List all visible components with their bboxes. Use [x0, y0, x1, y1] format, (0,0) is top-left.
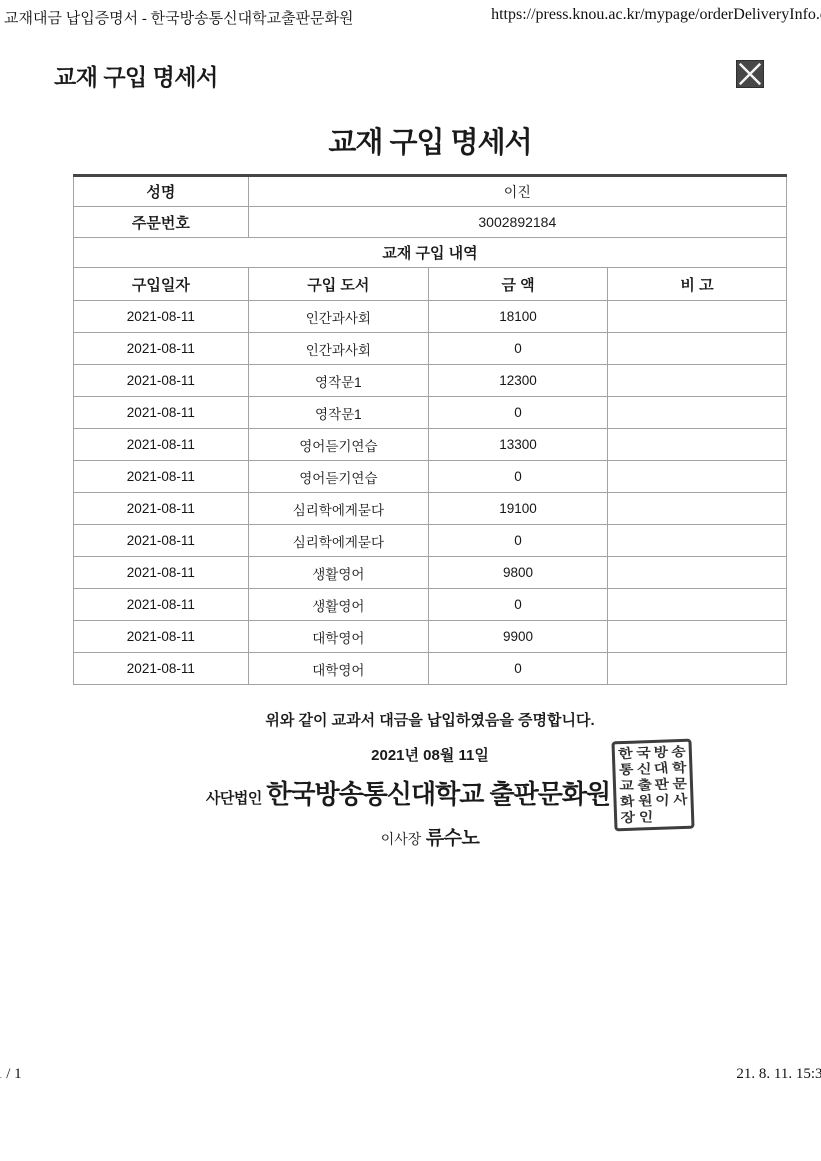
cell-amount: 9900 [429, 621, 608, 653]
signer-title: 이사장 [381, 831, 422, 847]
purchase-table: 성명 이진 주문번호 3002892184 교재 구입 내역 구입일자 구입 도… [73, 174, 787, 685]
certification-text: 위와 같이 교과서 대금을 납입하였음을 증명합니다. [73, 709, 787, 730]
cell-book-title: 대학영어 [248, 621, 428, 653]
cell-amount: 0 [429, 397, 608, 429]
column-header-row: 구입일자 구입 도서 금 액 비 고 [74, 268, 787, 301]
cell-note [608, 397, 787, 429]
cell-purchase-date: 2021-08-11 [74, 429, 249, 461]
order-number-row: 주문번호 3002892184 [74, 207, 787, 238]
column-header-book: 구입 도서 [248, 268, 428, 301]
seal-characters: 한국방송통신대학교출판문화원이사장인 [617, 744, 690, 826]
cell-book-title: 심리학에게묻다 [248, 525, 428, 557]
cell-book-title: 영작문1 [248, 365, 428, 397]
table-row: 2021-08-11 심리학에게묻다 0 [74, 525, 787, 557]
order-number-value: 3002892184 [248, 207, 786, 238]
cell-amount: 13300 [429, 429, 608, 461]
cell-book-title: 인간과사회 [248, 333, 428, 365]
table-row: 2021-08-11 영작문1 0 [74, 397, 787, 429]
table-row: 2021-08-11 대학영어 0 [74, 653, 787, 685]
cell-book-title: 인간과사회 [248, 301, 428, 333]
table-row: 2021-08-11 생활영어 0 [74, 589, 787, 621]
cell-purchase-date: 2021-08-11 [74, 493, 249, 525]
cell-note [608, 301, 787, 333]
organization-type: 사단법인 [206, 790, 262, 807]
cell-amount: 18100 [429, 301, 608, 333]
name-label: 성명 [74, 176, 249, 207]
section-title: 교재 구입 내역 [74, 238, 787, 268]
table-row: 2021-08-11 심리학에게묻다 19100 [74, 493, 787, 525]
column-header-note: 비 고 [608, 268, 787, 301]
cell-book-title: 영어듣기연습 [248, 461, 428, 493]
table-row: 2021-08-11 영어듣기연습 0 [74, 461, 787, 493]
cell-amount: 19100 [429, 493, 608, 525]
official-seal-stamp: 한국방송통신대학교출판문화원이사장인 [611, 739, 694, 832]
cell-book-title: 생활영어 [248, 557, 428, 589]
cell-purchase-date: 2021-08-11 [74, 333, 249, 365]
close-icon[interactable] [736, 60, 764, 88]
cell-note [608, 653, 787, 685]
cell-amount: 0 [429, 333, 608, 365]
cell-purchase-date: 2021-08-11 [74, 653, 249, 685]
cell-note [608, 557, 787, 589]
cell-book-title: 영작문1 [248, 397, 428, 429]
cell-purchase-date: 2021-08-11 [74, 525, 249, 557]
cell-book-title: 심리학에게묻다 [248, 493, 428, 525]
cell-book-title: 대학영어 [248, 653, 428, 685]
cell-purchase-date: 2021-08-11 [74, 365, 249, 397]
cell-note [608, 589, 787, 621]
column-header-amount: 금 액 [429, 268, 608, 301]
cell-note [608, 621, 787, 653]
table-row: 2021-08-11 인간과사회 18100 [74, 301, 787, 333]
cell-note [608, 429, 787, 461]
cell-purchase-date: 2021-08-11 [74, 621, 249, 653]
cell-purchase-date: 2021-08-11 [74, 589, 249, 621]
cell-amount: 0 [429, 653, 608, 685]
cell-amount: 0 [429, 525, 608, 557]
organization-name: 한국방송통신대학교 출판문화원 [266, 779, 610, 809]
print-footer-timestamp: 21. 8. 11. 15:34 [736, 1066, 821, 1083]
print-footer-page-number: 1 / 1 [0, 1066, 22, 1083]
cell-amount: 12300 [429, 365, 608, 397]
table-row: 2021-08-11 생활영어 9800 [74, 557, 787, 589]
table-body: 성명 이진 주문번호 3002892184 교재 구입 내역 구입일자 구입 도… [74, 176, 787, 685]
order-number-label: 주문번호 [74, 207, 249, 238]
cell-purchase-date: 2021-08-11 [74, 557, 249, 589]
cell-note [608, 365, 787, 397]
print-header-url: https://press.knou.ac.kr/mypage/orderDel… [491, 6, 821, 24]
cell-purchase-date: 2021-08-11 [74, 397, 249, 429]
cell-note [608, 333, 787, 365]
cell-amount: 9800 [429, 557, 608, 589]
print-header-title: 교재대금 납입증명서 - 한국방송통신대학교출판문화원 [4, 7, 354, 28]
cell-purchase-date: 2021-08-11 [74, 301, 249, 333]
scanned-document-page: 교재대금 납입증명서 - 한국방송통신대학교출판문화원 https://pres… [0, 0, 821, 1161]
cell-note [608, 461, 787, 493]
cell-amount: 0 [429, 589, 608, 621]
section-header-row: 교재 구입 내역 [74, 238, 787, 268]
page-title: 교재 구입 명세서 [54, 59, 218, 92]
name-row: 성명 이진 [74, 176, 787, 207]
cell-purchase-date: 2021-08-11 [74, 461, 249, 493]
signer-name: 류수노 [426, 828, 480, 849]
document-title: 교재 구입 명세서 [73, 127, 787, 159]
cell-amount: 0 [429, 461, 608, 493]
column-header-date: 구입일자 [74, 268, 249, 301]
table-row: 2021-08-11 인간과사회 0 [74, 333, 787, 365]
cell-book-title: 영어듣기연습 [248, 429, 428, 461]
cell-note [608, 493, 787, 525]
cell-note [608, 525, 787, 557]
table-row: 2021-08-11 대학영어 9900 [74, 621, 787, 653]
table-row: 2021-08-11 영작문1 12300 [74, 365, 787, 397]
name-value: 이진 [248, 176, 786, 207]
table-row: 2021-08-11 영어듣기연습 13300 [74, 429, 787, 461]
cell-book-title: 생활영어 [248, 589, 428, 621]
